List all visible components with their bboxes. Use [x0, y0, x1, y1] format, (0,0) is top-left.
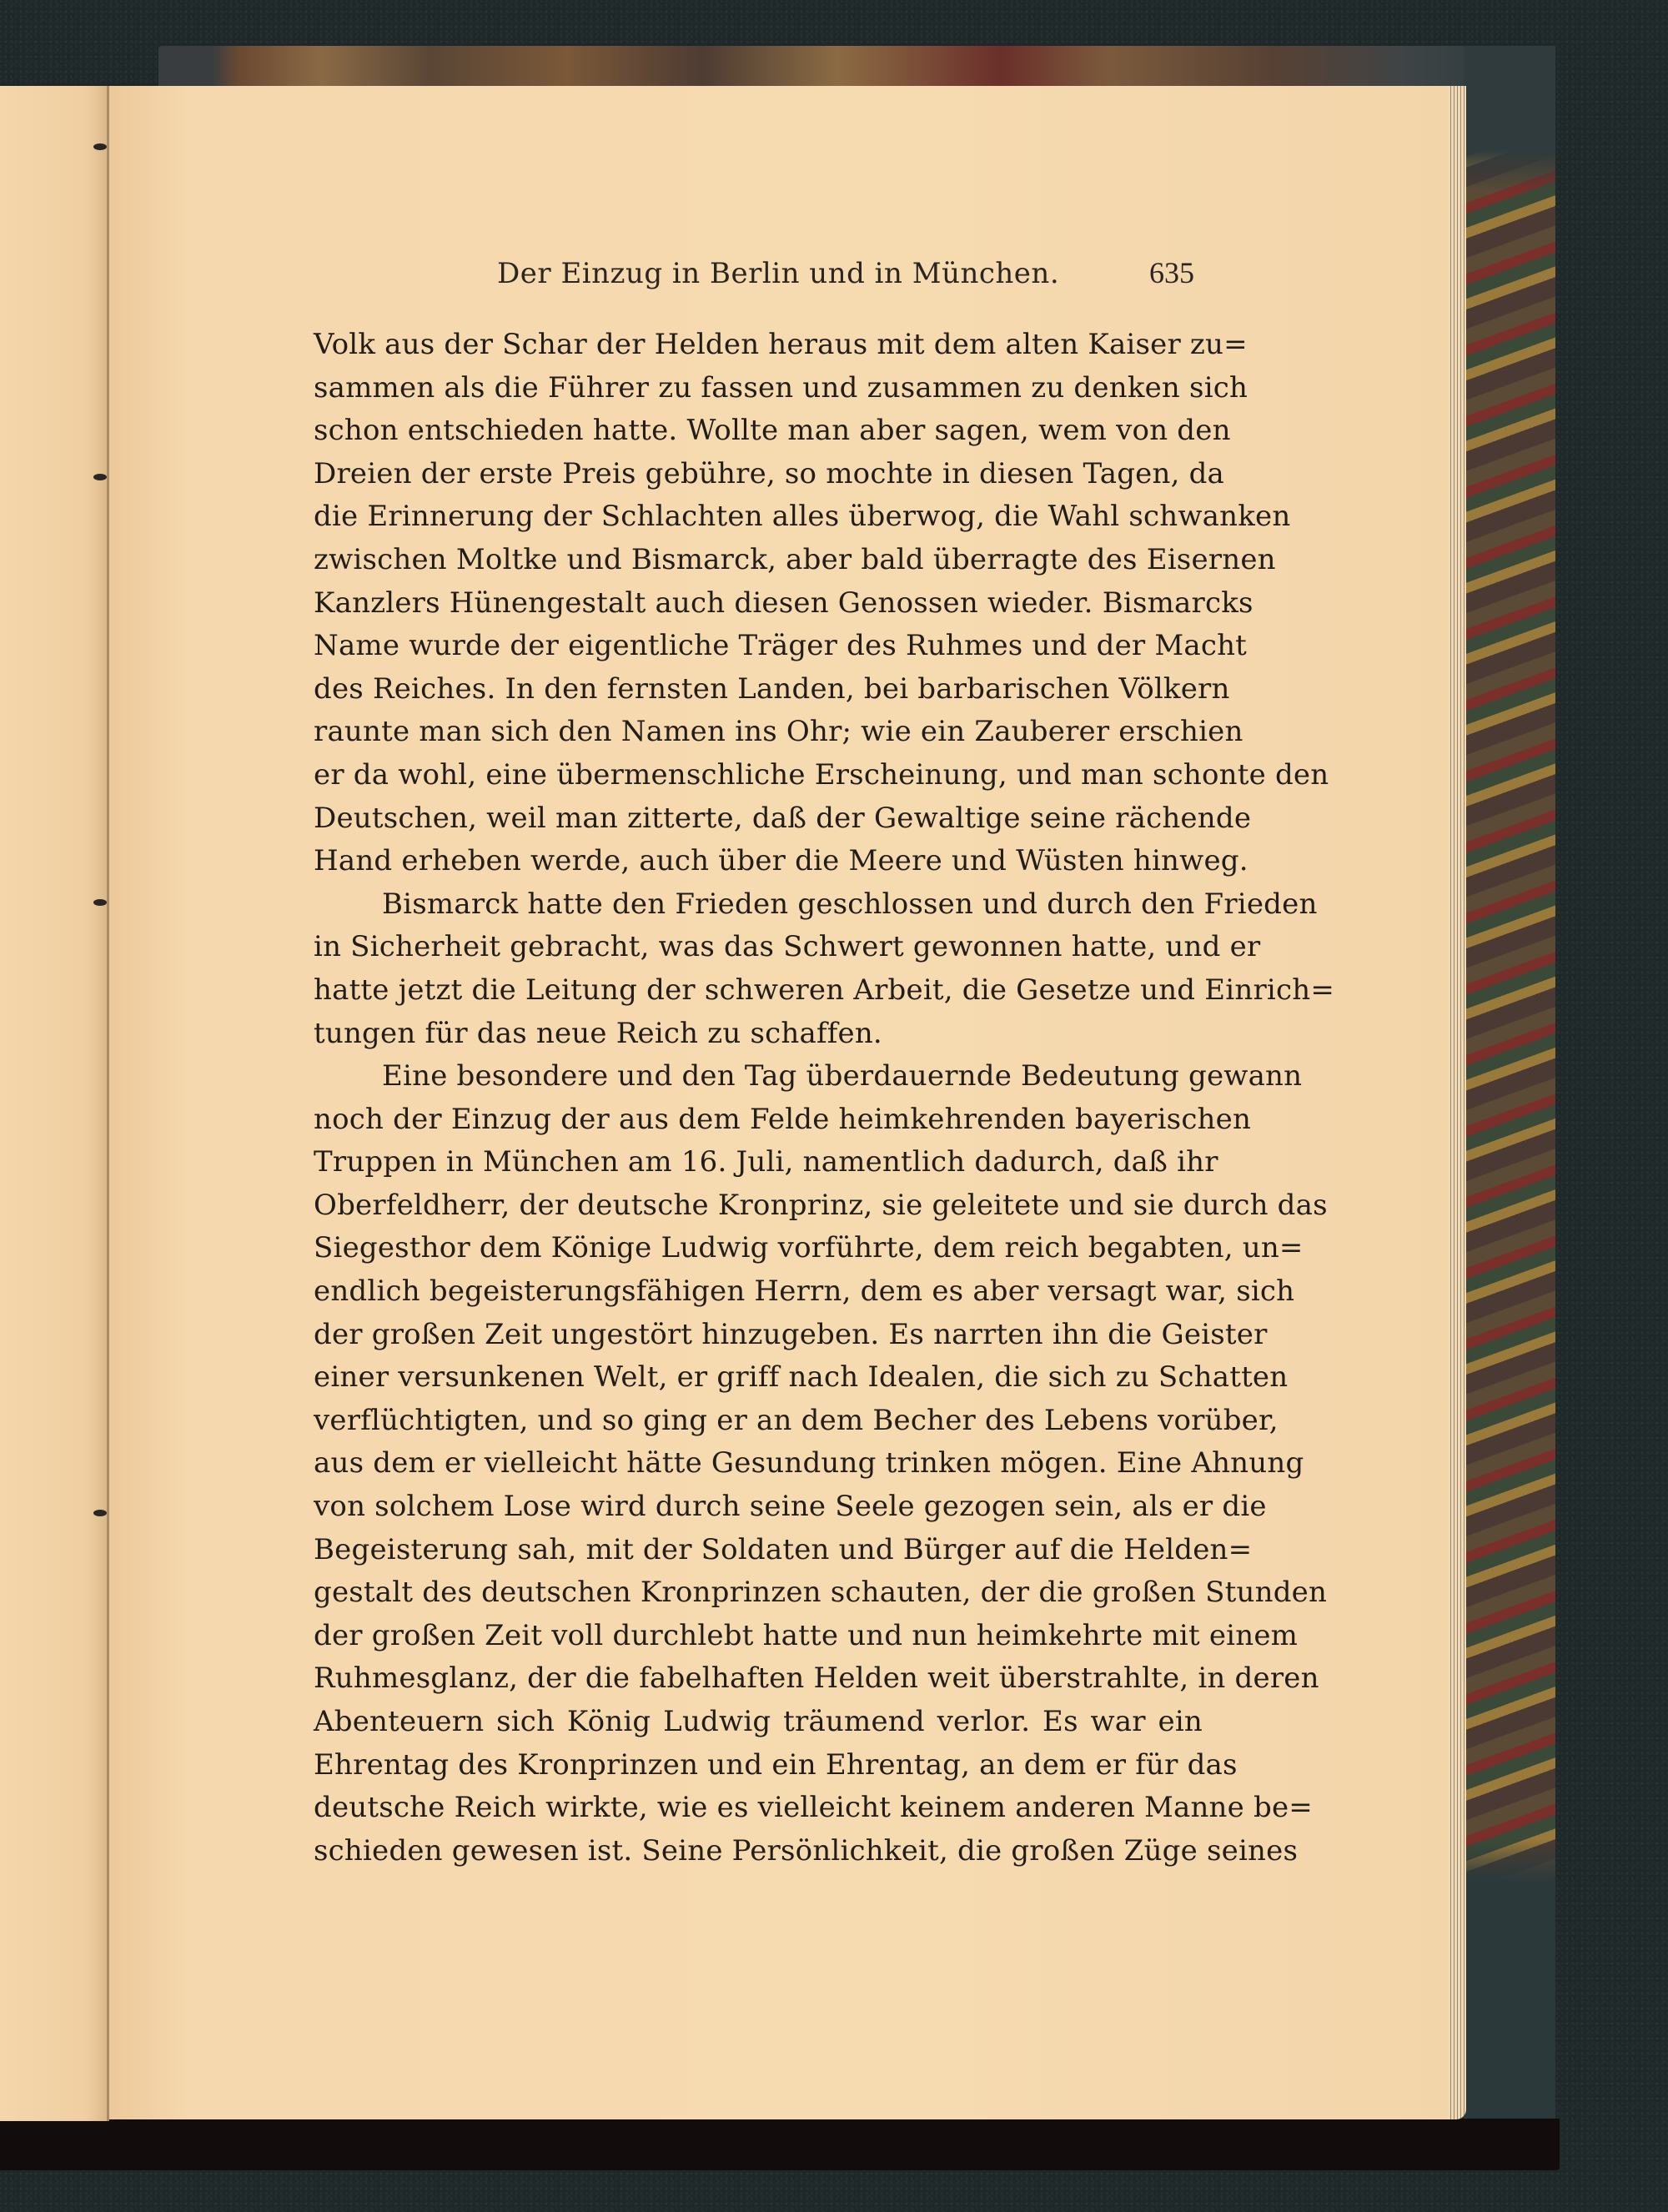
- text-line: endlich begeisterungsfähigen Herrn, dem …: [314, 1270, 1203, 1314]
- book-cover-bottom-edge: [0, 2119, 1560, 2170]
- text-line: Truppen in München am 16. Juli, namentli…: [314, 1141, 1203, 1184]
- text-line: einer versunkenen Welt, er griff nach Id…: [314, 1356, 1203, 1400]
- text-line: die Erinnerung der Schlachten alles über…: [314, 495, 1203, 539]
- text-line: Oberfeldherr, der deutsche Kronprinz, si…: [314, 1184, 1203, 1228]
- text-line: von solchem Lose wird durch seine Seele …: [314, 1486, 1203, 1529]
- text-line: Hand erheben werde, auch über die Meere …: [314, 840, 1203, 883]
- text-line: Siegesthor dem Könige Ludwig vorführte, …: [314, 1227, 1203, 1270]
- text-line: sammen als die Führer zu fassen und zusa…: [314, 367, 1203, 410]
- text-line: aus dem er vielleicht hätte Gesundung tr…: [314, 1442, 1203, 1486]
- text-line: hatte jetzt die Leitung der schweren Arb…: [314, 969, 1203, 1013]
- text-line: schieden gewesen ist. Seine Persönlichke…: [314, 1830, 1203, 1873]
- text-line: Dreien der erste Preis gebühre, so mocht…: [314, 453, 1203, 496]
- binding-stitch-icon: [93, 1510, 107, 1516]
- text-line: Kanzlers Hünengestalt auch diesen Genoss…: [314, 582, 1203, 626]
- text-line: Volk aus der Schar der Helden heraus mit…: [314, 324, 1203, 367]
- text-line: Begeisterung sah, mit der Soldaten und B…: [314, 1529, 1203, 1572]
- text-line: in Sicherheit gebracht, was das Schwert …: [314, 926, 1203, 969]
- book-cover-top-edge: [158, 46, 1518, 88]
- binding-stitch-icon: [93, 899, 107, 906]
- text-line: raunte man sich den Namen ins Ohr; wie e…: [314, 711, 1203, 754]
- text-line: er da wohl, eine übermenschliche Erschei…: [314, 754, 1203, 797]
- text-line: noch der Einzug der aus dem Felde heimke…: [314, 1098, 1203, 1142]
- page-stack-edges: [1448, 86, 1466, 2119]
- text-line: tungen für das neue Reich zu schaffen.: [314, 1013, 1203, 1056]
- running-head: Der Einzug in Berlin und in München. 635: [0, 250, 1668, 300]
- text-line: Ruhmesglanz, der die fabelhaften Helden …: [314, 1657, 1203, 1701]
- text-line: Abenteuern sich König Ludwig träumend ve…: [314, 1701, 1203, 1744]
- left-page-strip: [0, 86, 108, 2121]
- text-line: Bismarck hatte den Frieden geschlossen u…: [314, 883, 1203, 927]
- page-number: 635: [1149, 255, 1194, 290]
- running-head-title: Der Einzug in Berlin und in München.: [497, 257, 1059, 290]
- text-line: Deutschen, weil man zitterte, daß der Ge…: [314, 797, 1203, 841]
- book-cover-right-edge: [1464, 46, 1555, 2131]
- text-line: verflüchtigten, und so ging er an dem Be…: [314, 1400, 1203, 1443]
- text-line: schon entschieden hatte. Wollte man aber…: [314, 410, 1203, 453]
- text-line: der großen Zeit ungestört hinzugeben. Es…: [314, 1314, 1203, 1357]
- text-line: Eine besondere und den Tag überdauernde …: [314, 1055, 1203, 1098]
- body-text: Volk aus der Schar der Helden heraus mit…: [314, 324, 1203, 1873]
- text-line: Name wurde der eigentliche Träger des Ru…: [314, 625, 1203, 668]
- binding-stitch-icon: [93, 143, 107, 150]
- text-line: Ehrentag des Kronprinzen und ein Ehrenta…: [314, 1744, 1203, 1787]
- text-line: der großen Zeit voll durchlebt hatte und…: [314, 1615, 1203, 1658]
- text-line: zwischen Moltke und Bismarck, aber bald …: [314, 539, 1203, 582]
- text-line: gestalt des deutschen Kronprinzen schaut…: [314, 1571, 1203, 1615]
- text-line: des Reiches. In den fernsten Landen, bei…: [314, 668, 1203, 711]
- text-line: deutsche Reich wirkte, wie es vielleicht…: [314, 1787, 1203, 1830]
- binding-stitch-icon: [93, 474, 107, 480]
